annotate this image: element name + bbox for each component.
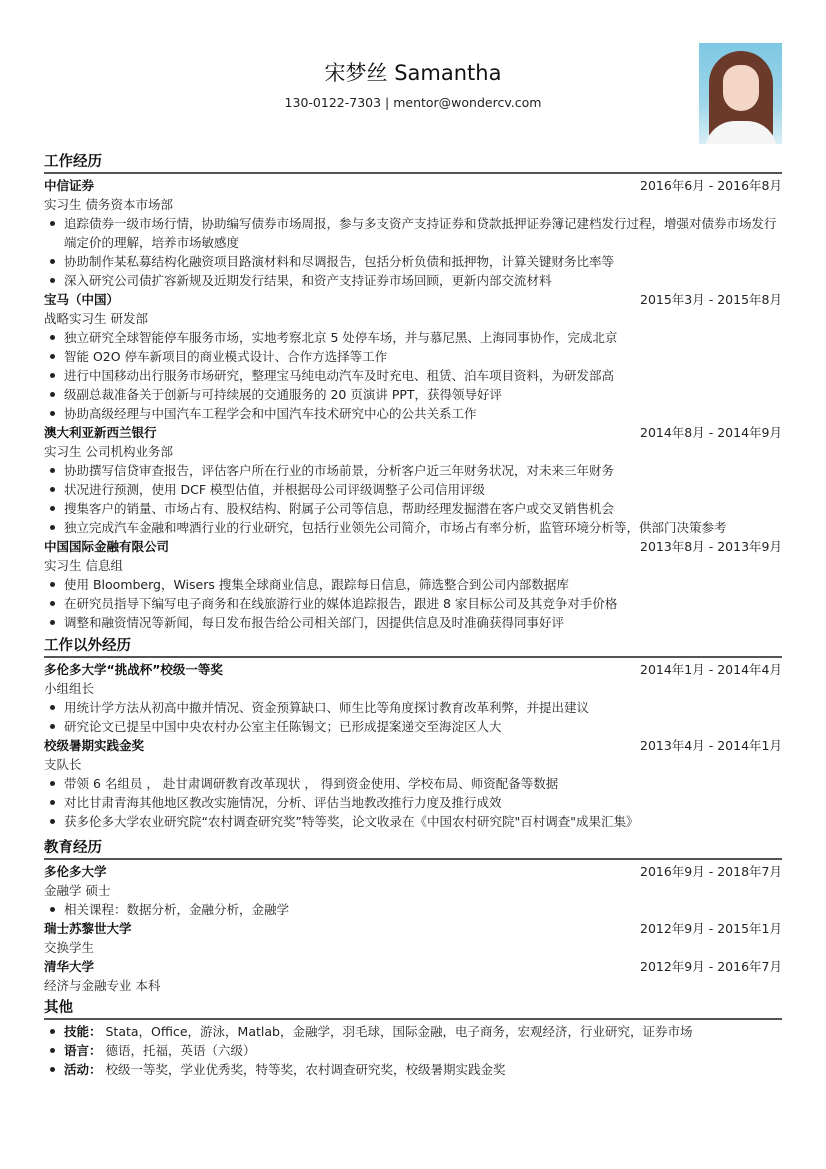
date-range: 2014年8月 - 2014年9月 xyxy=(640,423,782,442)
work-entry: 中国国际金融有限公司2013年8月 - 2013年9月 实习生 信息组 使用 B… xyxy=(44,537,782,632)
candidate-name: 宋梦丝 Samantha xyxy=(274,58,552,88)
degree: 金融学 硕士 xyxy=(44,881,782,900)
bullet-item: 追踪债券一级市场行情，协助编写债券市场周报，参与多支资产支持证券和贷款抵押证券簿… xyxy=(44,214,782,252)
work-entry: 澳大利亚新西兰银行2014年8月 - 2014年9月 实习生 公司机构业务部 协… xyxy=(44,423,782,537)
role: 实习生 债务资本市场部 xyxy=(44,195,782,214)
section-title: 工作以外经历 xyxy=(44,636,782,658)
org-name: 校级暑期实践金奖 xyxy=(44,736,144,755)
item-value: 德语，托福，英语（六级） xyxy=(102,1043,256,1058)
school-name: 多伦多大学 xyxy=(44,862,107,881)
date-range: 2013年8月 - 2013年9月 xyxy=(640,537,782,556)
role: 实习生 信息组 xyxy=(44,556,782,575)
item-label: 语言： xyxy=(64,1043,102,1058)
photo-face xyxy=(723,65,759,111)
org-name: 中信证券 xyxy=(44,176,94,195)
work-entry: 中信证券2016年6月 - 2016年8月 实习生 债务资本市场部 追踪债券一级… xyxy=(44,176,782,290)
section-other: 其他 技能： Stata，Office，游泳，Matlab，金融学，羽毛球，国际… xyxy=(44,998,782,1079)
item-value: Stata，Office，游泳，Matlab，金融学，羽毛球，国际金融，电子商务… xyxy=(102,1024,693,1039)
education-entry: 瑞士苏黎世大学2012年9月 - 2015年1月 交换学生 xyxy=(44,919,782,957)
degree: 经济与金融专业 本科 xyxy=(44,976,782,995)
bullet-item: 用统计学方法从初高中撤并情况、资金预算缺口、师生比等角度探讨教育改革利弊，并提出… xyxy=(44,698,782,717)
bullet-item: 深入研究公司债扩容新规及近期发行结果，和资产支持证券市场回顾，更新内部交流材料 xyxy=(44,271,782,290)
bullet-item: 在研究员指导下编写电子商务和在线旅游行业的媒体追踪报告，跟进 8 家目标公司及其… xyxy=(44,594,782,613)
bullet-item: 带领 6 名组员 ， 赴甘肃调研教育改革现状 ， 得到资金使用、学校布局、师资配… xyxy=(44,774,782,793)
school-name: 清华大学 xyxy=(44,957,94,976)
bullet-item: 研究论文已提呈中国中央农村办公室主任陈锡文；已形成提案递交至海淀区人大 xyxy=(44,717,782,736)
work-entry: 宝马（中国）2015年3月 - 2015年8月 战略实习生 研发部 独立研究全球… xyxy=(44,290,782,423)
bullet-item: 状况进行预测，使用 DCF 模型估值，并根据母公司评级调整子公司信用评级 xyxy=(44,480,782,499)
education-entry: 清华大学2012年9月 - 2016年7月 经济与金融专业 本科 xyxy=(44,957,782,995)
bullet-item: 智能 O2O 停车新项目的商业模式设计、合作方选择等工作 xyxy=(44,347,782,366)
school-name: 瑞士苏黎世大学 xyxy=(44,919,132,938)
bullet-item: 获多伦多大学农业研究院“农村调查研究奖”特等奖，论文收录在《中国农村研究院"百村… xyxy=(44,812,782,831)
org-name: 澳大利亚新西兰银行 xyxy=(44,423,157,442)
bullet-list: 协助撰写信贷审查报告，评估客户所在行业的市场前景，分析客户近三年财务状况，对未来… xyxy=(44,461,782,537)
bullet-list: 追踪债券一级市场行情，协助编写债券市场周报，参与多支资产支持证券和贷款抵押证券簿… xyxy=(44,214,782,290)
bullet-list: 相关课程：数据分析，金融分析，金融学 xyxy=(44,900,782,919)
extra-entry: 多伦多大学“挑战杯”校级一等奖2014年1月 - 2014年4月 小组组长 用统… xyxy=(44,660,782,736)
bullet-item: 独立研究全球智能停车服务市场，实地考察北京 5 处停车场，并与慕尼黑、上海同事协… xyxy=(44,328,782,347)
section-extracurricular: 工作以外经历 多伦多大学“挑战杯”校级一等奖2014年1月 - 2014年4月 … xyxy=(44,636,782,831)
role: 实习生 公司机构业务部 xyxy=(44,442,782,461)
role: 战略实习生 研发部 xyxy=(44,309,782,328)
bullet-list: 使用 Bloomberg，Wisers 搜集全球商业信息，跟踪每日信息，筛选整合… xyxy=(44,575,782,632)
contact-info: 130-0122-7303 | mentor@wondercv.com xyxy=(224,94,602,112)
date-range: 2016年6月 - 2016年8月 xyxy=(640,176,782,195)
role: 支队长 xyxy=(44,755,782,774)
profile-photo xyxy=(699,43,782,144)
bullet-item: 相关课程：数据分析，金融分析，金融学 xyxy=(44,900,782,919)
date-range: 2012年9月 - 2016年7月 xyxy=(640,957,782,976)
section-title: 其他 xyxy=(44,998,782,1020)
role: 小组组长 xyxy=(44,679,782,698)
bullet-list: 独立研究全球智能停车服务市场，实地考察北京 5 处停车场，并与慕尼黑、上海同事协… xyxy=(44,328,782,423)
bullet-list: 用统计学方法从初高中撤并情况、资金预算缺口、师生比等角度探讨教育改革利弊，并提出… xyxy=(44,698,782,736)
bullet-item: 使用 Bloomberg，Wisers 搜集全球商业信息，跟踪每日信息，筛选整合… xyxy=(44,575,782,594)
date-range: 2016年9月 - 2018年7月 xyxy=(640,862,782,881)
bullet-item: 协助撰写信贷审查报告，评估客户所在行业的市场前景，分析客户近三年财务状况，对未来… xyxy=(44,461,782,480)
activities-item: 活动： 校级一等奖，学业优秀奖，特等奖，农村调查研究奖，校级暑期实践金奖 xyxy=(44,1060,782,1079)
date-range: 2014年1月 - 2014年4月 xyxy=(640,660,782,679)
bullet-item: 对比甘肃青海其他地区教改实施情况，分析、评估当地教改推行力度及推行成效 xyxy=(44,793,782,812)
section-work-experience: 工作经历 中信证券2016年6月 - 2016年8月 实习生 债务资本市场部 追… xyxy=(44,152,782,632)
bullet-item: 级副总裁准备关于创新与可持续展的交通服务的 20 页演讲 PPT，获得领导好评 xyxy=(44,385,782,404)
bullet-list: 技能： Stata，Office，游泳，Matlab，金融学，羽毛球，国际金融，… xyxy=(44,1022,782,1079)
extra-entry: 校级暑期实践金奖2013年4月 - 2014年1月 支队长 带领 6 名组员 ，… xyxy=(44,736,782,831)
date-range: 2015年3月 - 2015年8月 xyxy=(640,290,782,309)
section-title: 教育经历 xyxy=(44,838,782,860)
languages-item: 语言： 德语，托福，英语（六级） xyxy=(44,1041,782,1060)
bullet-item: 进行中国移动出行服务市场研究，整理宝马纯电动汽车及时充电、租赁、泊车项目资料，为… xyxy=(44,366,782,385)
org-name: 多伦多大学“挑战杯”校级一等奖 xyxy=(44,660,223,679)
item-value: 校级一等奖，学业优秀奖，特等奖，农村调查研究奖，校级暑期实践金奖 xyxy=(102,1062,506,1077)
bullet-item: 协助制作某私募结构化融资项目路演材料和尽调报告，包括分析负债和抵押物，计算关键财… xyxy=(44,252,782,271)
date-range: 2013年4月 - 2014年1月 xyxy=(640,736,782,755)
org-name: 宝马（中国） xyxy=(44,290,119,309)
item-label: 活动： xyxy=(64,1062,102,1077)
bullet-list: 带领 6 名组员 ， 赴甘肃调研教育改革现状 ， 得到资金使用、学校布局、师资配… xyxy=(44,774,782,831)
item-label: 技能： xyxy=(64,1024,102,1039)
skills-item: 技能： Stata，Office，游泳，Matlab，金融学，羽毛球，国际金融，… xyxy=(44,1022,782,1041)
bullet-item: 搜集客户的销量、市场占有、股权结构、附属子公司等信息，帮助经理发掘潜在客户或交叉… xyxy=(44,499,782,518)
date-range: 2012年9月 - 2015年1月 xyxy=(640,919,782,938)
education-entry: 多伦多大学2016年9月 - 2018年7月 金融学 硕士 相关课程：数据分析，… xyxy=(44,862,782,919)
section-title: 工作经历 xyxy=(44,152,782,174)
bullet-item: 调整和融资情况等新闻，每日发布报告给公司相关部门，因提供信息及时准确获得同事好评 xyxy=(44,613,782,632)
bullet-item: 协助高级经理与中国汽车工程学会和中国汽车技术研究中心的公共关系工作 xyxy=(44,404,782,423)
section-education: 教育经历 多伦多大学2016年9月 - 2018年7月 金融学 硕士 相关课程：… xyxy=(44,838,782,995)
bullet-item: 独立完成汽车金融和啤酒行业的行业研究，包括行业领先公司简介，市场占有率分析，监管… xyxy=(44,518,782,537)
degree: 交换学生 xyxy=(44,938,782,957)
org-name: 中国国际金融有限公司 xyxy=(44,537,169,556)
